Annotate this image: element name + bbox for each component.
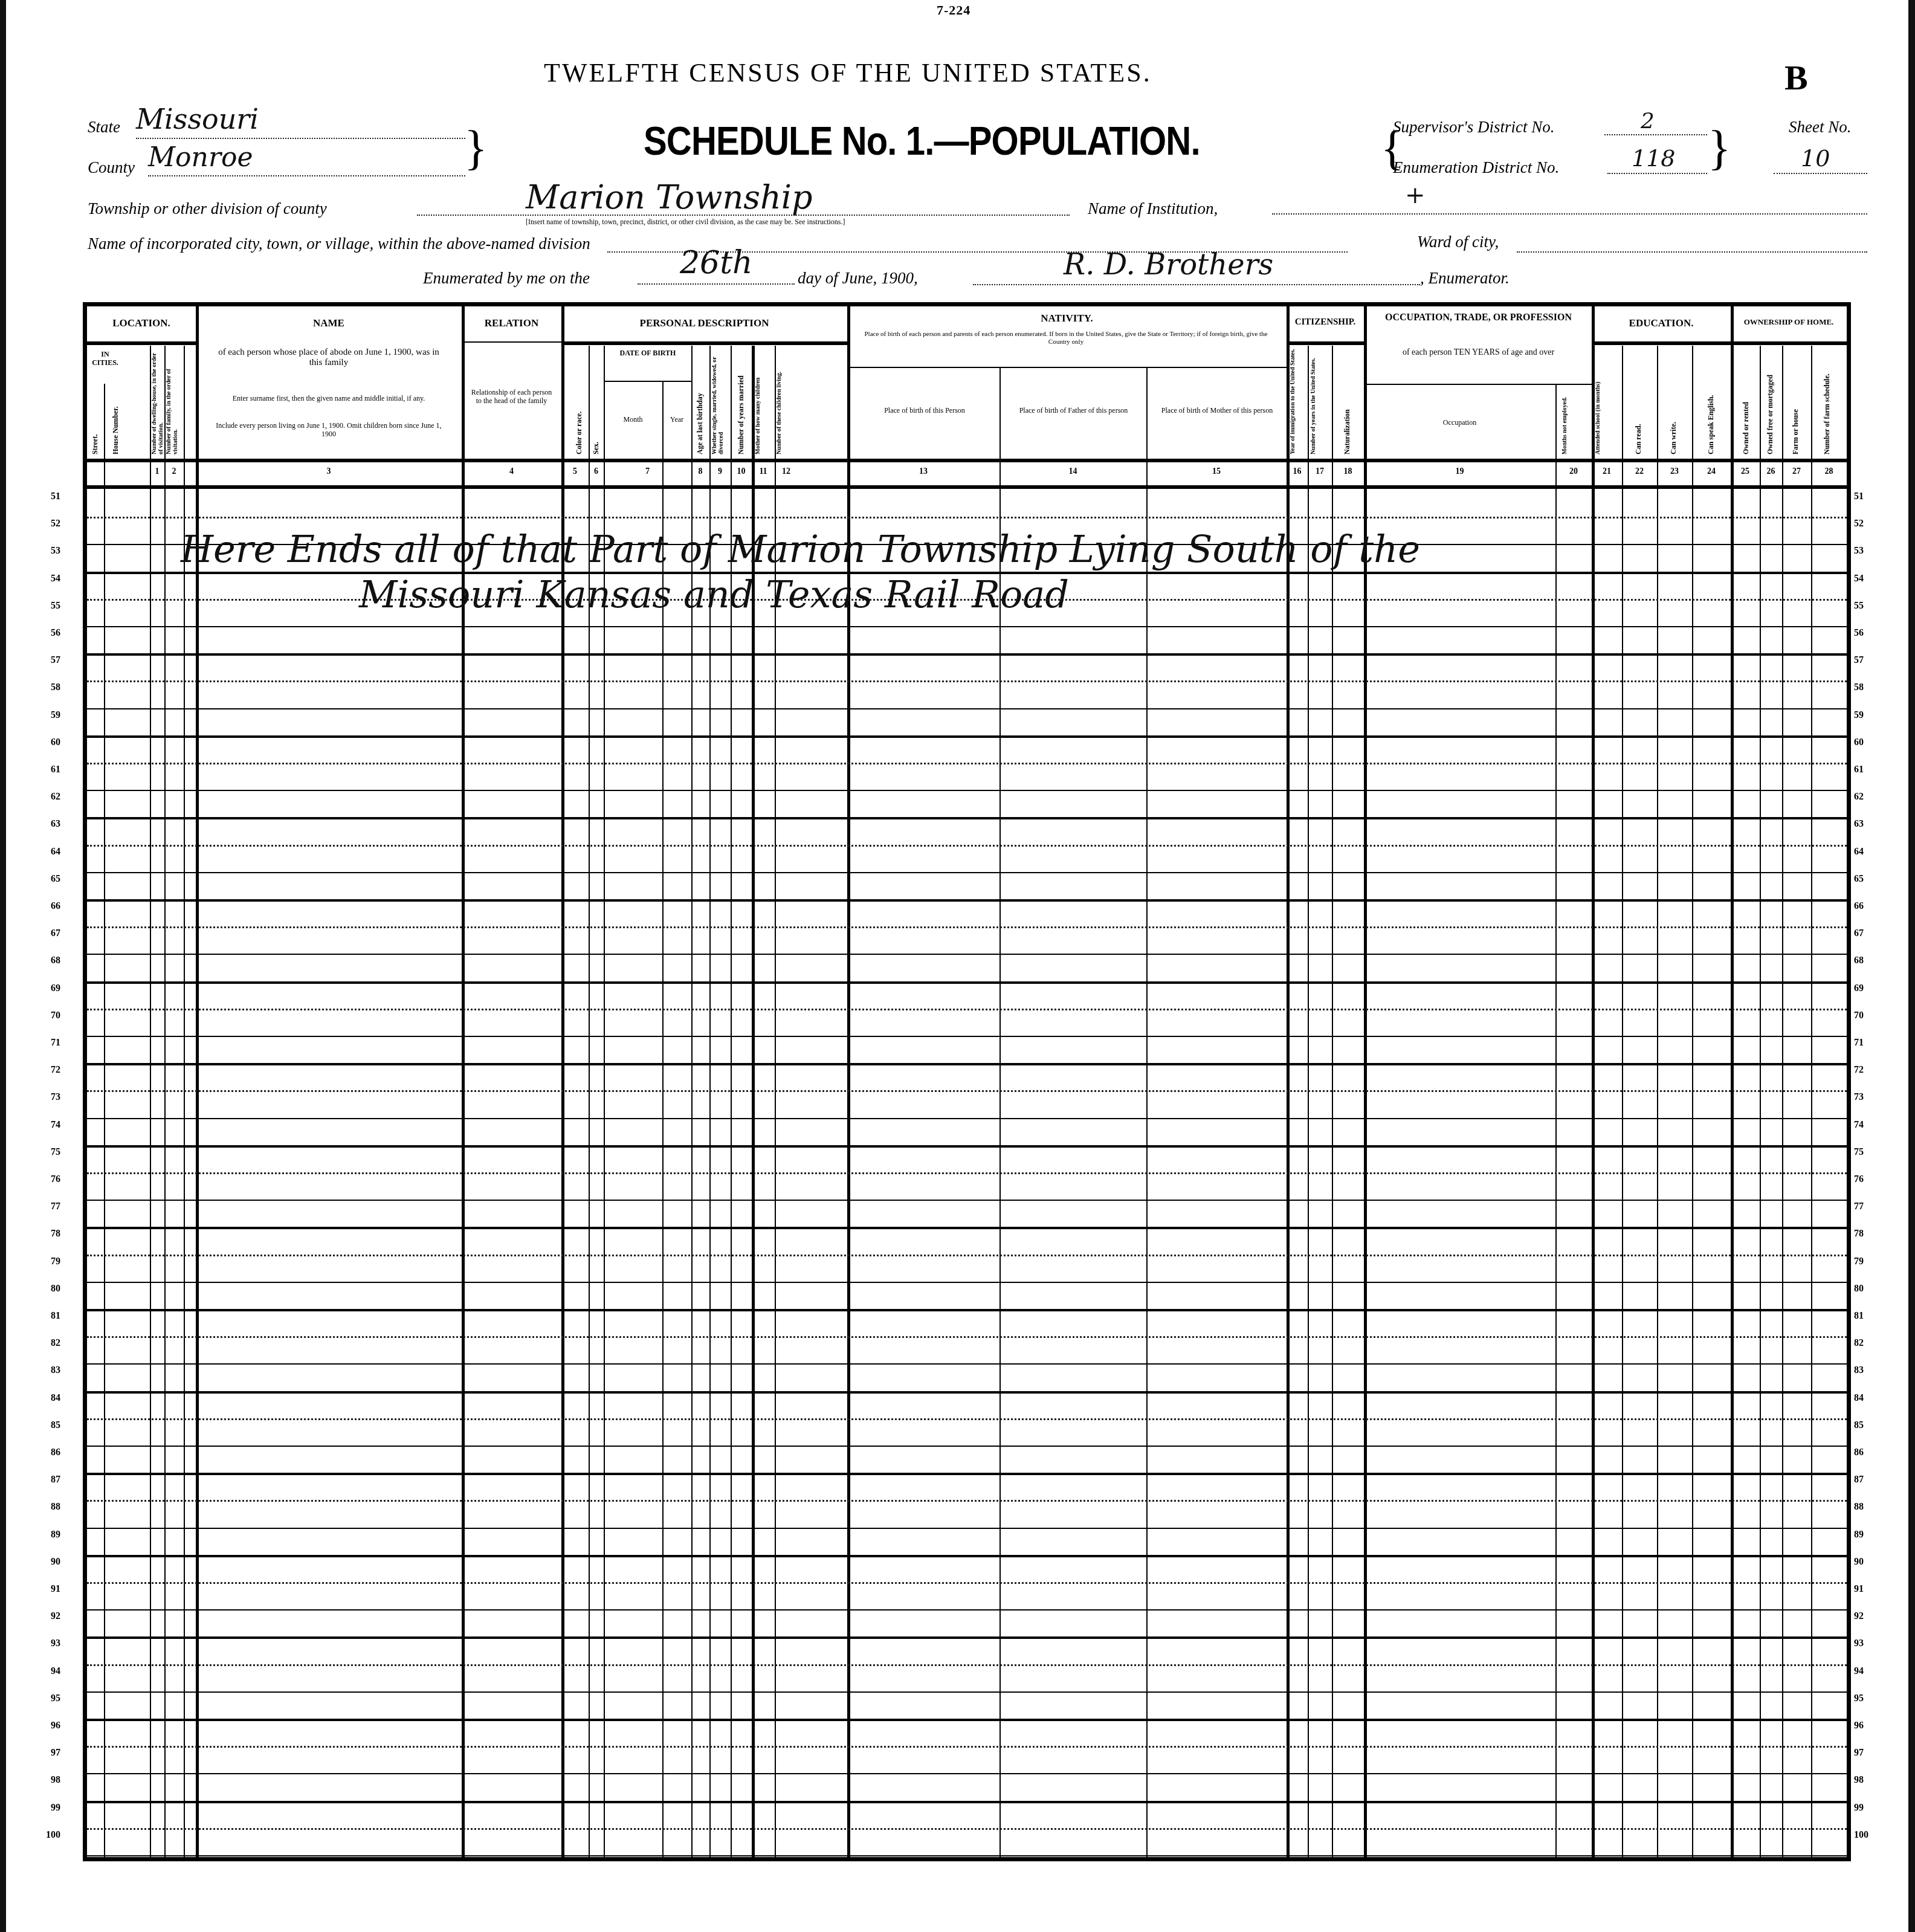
- col-divider: [1731, 306, 1734, 1857]
- row-number: 100: [36, 1830, 60, 1841]
- row-number: 100: [1854, 1830, 1878, 1841]
- hdr-free-mortgaged: Owned free or mortgaged: [1766, 346, 1775, 454]
- row-rule: [87, 1063, 1847, 1065]
- row-number: 76: [1854, 1174, 1878, 1185]
- ward-label: Ward of city,: [1417, 233, 1499, 251]
- row-number: 67: [36, 928, 60, 939]
- row-number: 91: [1854, 1584, 1878, 1595]
- row-number: 97: [1854, 1748, 1878, 1759]
- row-rule: [87, 1200, 1847, 1201]
- row-number: 52: [1854, 519, 1878, 529]
- colnum: 28: [1811, 467, 1847, 477]
- colnum: 25: [1731, 467, 1760, 477]
- row-number: 84: [36, 1393, 60, 1404]
- row-number: 68: [36, 955, 60, 966]
- row-rule: [87, 790, 1847, 791]
- in-cities-label: IN CITIES.: [87, 350, 123, 367]
- group-relation: RELATION: [462, 317, 561, 329]
- colnum: 18: [1332, 467, 1364, 477]
- row-rule: [87, 1090, 1847, 1092]
- row-number: 79: [36, 1256, 60, 1267]
- hdr-attended-school: Attended school (in months): [1595, 346, 1619, 454]
- township-field[interactable]: Marion Township: [417, 178, 1070, 216]
- row-number: 87: [36, 1475, 60, 1485]
- row-rule: [87, 1746, 1847, 1748]
- row-rule: [87, 1255, 1847, 1256]
- pob-person-label: Place of birth of this Person: [850, 406, 999, 415]
- census-title: TWELFTH CENSUS OF THE UNITED STATES.: [544, 57, 1152, 88]
- row-number: 86: [36, 1447, 60, 1458]
- row-number: 73: [1854, 1092, 1878, 1103]
- name-instruction-1: Enter surname first, then the given name…: [214, 394, 444, 402]
- form-number: 7-224: [937, 2, 970, 18]
- row-number: 65: [1854, 874, 1878, 885]
- hdr-marital: Whether single, married, widowed, or div…: [711, 349, 729, 454]
- row-rule: [87, 763, 1847, 764]
- row-number: 89: [36, 1530, 60, 1540]
- row-number: 51: [1854, 491, 1878, 502]
- pob-father-label: Place of birth of Father of this person: [1001, 406, 1146, 415]
- hdr-farm-schedule: Number of farm schedule.: [1823, 346, 1832, 454]
- nativity-description: Place of birth of each person and parent…: [854, 331, 1277, 346]
- row-number: 84: [1854, 1393, 1878, 1404]
- row-rule: [87, 1446, 1847, 1447]
- row-number: 81: [1854, 1311, 1878, 1322]
- occupation-label: Occupation: [1364, 418, 1555, 427]
- hdr-immigration: Year of immigration to the United States…: [1290, 346, 1306, 454]
- township-note: [Insert name of township, town, precinct…: [526, 218, 845, 227]
- group-name: NAME: [196, 317, 462, 329]
- row-rule: [87, 735, 1847, 738]
- row-number: 99: [1854, 1803, 1878, 1814]
- row-number: 77: [36, 1201, 60, 1212]
- row-number: 61: [1854, 764, 1878, 775]
- row-number: 64: [36, 847, 60, 858]
- hdr-street: Street.: [91, 391, 100, 454]
- institution-label: Name of Institution,: [1088, 199, 1218, 218]
- row-number: 62: [1854, 792, 1878, 803]
- row-number: 80: [36, 1284, 60, 1294]
- row-number: 71: [36, 1038, 60, 1048]
- colnum: 2: [164, 467, 184, 477]
- row-number: 85: [1854, 1420, 1878, 1431]
- township-label: Township or other division of county: [88, 199, 327, 218]
- handwritten-note-line-2: Missouri Kansas and Texas Rail Road: [359, 572, 1069, 616]
- row-number: 74: [1854, 1120, 1878, 1131]
- row-rule: [87, 1636, 1847, 1639]
- row-number: 51: [36, 491, 60, 502]
- row-number: 59: [1854, 710, 1878, 721]
- hdr-naturalization: Naturalization: [1343, 385, 1352, 454]
- colnum: 5: [561, 467, 589, 477]
- row-rule: [87, 1172, 1847, 1174]
- row-rule: [87, 1719, 1847, 1721]
- hdr-house-number: House Number.: [111, 385, 120, 454]
- row-number: 91: [36, 1584, 60, 1595]
- row-number: 70: [1854, 1010, 1878, 1021]
- group-location: LOCATION.: [87, 317, 196, 329]
- row-number: 92: [36, 1611, 60, 1622]
- county-label: County: [88, 158, 135, 177]
- row-number: 87: [1854, 1475, 1878, 1485]
- county-field[interactable]: Monroe: [148, 142, 465, 176]
- row-number: 56: [36, 628, 60, 639]
- colnum: 10: [731, 467, 752, 477]
- row-rule: [87, 1036, 1847, 1037]
- group-citizenship: CITIZENSHIP.: [1287, 317, 1364, 328]
- row-number: 57: [36, 655, 60, 666]
- row-rule: [87, 817, 1847, 819]
- row-rule: [87, 1555, 1847, 1557]
- row-number: 78: [36, 1229, 60, 1239]
- row-number: 74: [36, 1120, 60, 1131]
- ed-label: Enumeration District No.: [1393, 158, 1559, 177]
- row-number: 53: [1854, 546, 1878, 557]
- colnum: 7: [604, 467, 691, 477]
- row-rule: [87, 1528, 1847, 1529]
- sheet-label: Sheet No.: [1789, 118, 1851, 137]
- scan-left-edge: [0, 0, 6, 1932]
- colnum: 17: [1308, 467, 1332, 477]
- row-number: 73: [36, 1092, 60, 1103]
- schedule-title: SCHEDULE No. 1.—POPULATION.: [644, 118, 1200, 164]
- row-rule: [87, 1391, 1847, 1394]
- colnum: 16: [1287, 467, 1308, 477]
- row-rule: [87, 1609, 1847, 1611]
- hdr-age: Age at last birthday: [696, 349, 705, 454]
- row-number: 62: [36, 792, 60, 803]
- row-rule: [87, 1801, 1847, 1803]
- row-number: 95: [36, 1693, 60, 1704]
- population-table: LOCATION. IN CITIES. NAME of each person…: [83, 302, 1851, 1861]
- row-number: 92: [1854, 1611, 1878, 1622]
- hdr-family: Number of family, in the order of visita…: [166, 349, 182, 454]
- colnum: 27: [1782, 467, 1811, 477]
- colnum: 24: [1692, 467, 1731, 477]
- scan-right-edge: [1908, 0, 1915, 1932]
- state-county-brace: }: [464, 124, 487, 172]
- enumerator-name-field[interactable]: R. D. Brothers: [973, 248, 1420, 285]
- row-number: 98: [1854, 1775, 1878, 1786]
- row-number: 97: [36, 1748, 60, 1759]
- row-number: 82: [36, 1338, 60, 1349]
- handwritten-note-line-1: Here Ends all of that Part of Marion Tow…: [181, 527, 1420, 571]
- row-number: 94: [36, 1666, 60, 1677]
- row-rule: [87, 517, 1847, 519]
- row-number: 54: [36, 573, 60, 584]
- row-number: 55: [36, 601, 60, 612]
- colnum: 23: [1657, 467, 1692, 477]
- group-nativity: NATIVITY.: [847, 312, 1287, 325]
- row-number: 66: [1854, 901, 1878, 912]
- row-number: 56: [1854, 628, 1878, 639]
- enumerator-label: , Enumerator.: [1420, 269, 1510, 288]
- district-close-brace: }: [1708, 124, 1731, 172]
- colnum: 12: [775, 467, 798, 477]
- hdr-can-speak-english: Can speak English.: [1707, 367, 1716, 454]
- row-number: 69: [36, 983, 60, 994]
- hdr-children-living: Number of these children living.: [776, 349, 794, 454]
- row-rule: [87, 626, 1847, 627]
- row-rule: [87, 1582, 1847, 1584]
- row-number: 60: [1854, 737, 1878, 748]
- row-number: 96: [1854, 1720, 1878, 1731]
- row-rule: [87, 1336, 1847, 1338]
- colnum: 21: [1592, 467, 1622, 477]
- colnum: 22: [1622, 467, 1657, 477]
- row-rule: [87, 1828, 1847, 1830]
- row-rule: [87, 981, 1847, 984]
- row-rule: [87, 1363, 1847, 1365]
- row-rule: [87, 1227, 1847, 1229]
- row-number: 85: [36, 1420, 60, 1431]
- row-number: 99: [36, 1803, 60, 1814]
- row-number: 93: [36, 1638, 60, 1649]
- colnum: 9: [709, 467, 731, 477]
- row-rule: [87, 872, 1847, 873]
- row-number: 58: [1854, 682, 1878, 693]
- sheet-field[interactable]: 10: [1774, 145, 1867, 174]
- row-number: 63: [36, 819, 60, 830]
- row-number: 93: [1854, 1638, 1878, 1649]
- hdr-color: Color or race.: [575, 385, 584, 454]
- row-number: 80: [1854, 1284, 1878, 1294]
- colnum: 19: [1364, 467, 1555, 477]
- row-number: 58: [36, 682, 60, 693]
- row-number: 96: [36, 1720, 60, 1731]
- colnum: 1: [150, 467, 164, 477]
- colnum: 26: [1760, 467, 1782, 477]
- row-number: 82: [1854, 1338, 1878, 1349]
- supervisor-label: Supervisor's District No.: [1393, 118, 1555, 137]
- row-number: 76: [36, 1174, 60, 1185]
- row-number: 88: [1854, 1502, 1878, 1513]
- row-number: 54: [1854, 573, 1878, 584]
- pob-mother-label: Place of birth of Mother of this person: [1148, 406, 1287, 415]
- row-number: 90: [36, 1557, 60, 1568]
- row-number: 64: [1854, 847, 1878, 858]
- ward-field[interactable]: [1517, 241, 1867, 253]
- hdr-years-in-us: Number of years in the United States.: [1310, 346, 1329, 454]
- row-number: 72: [1854, 1065, 1878, 1076]
- row-number: 86: [1854, 1447, 1878, 1458]
- row-rule: [87, 899, 1847, 902]
- row-number: 57: [1854, 655, 1878, 666]
- relation-description: Relationship of each person to the head …: [468, 388, 555, 405]
- row-number: 55: [1854, 601, 1878, 612]
- row-number: 59: [36, 710, 60, 721]
- row-rule: [87, 1145, 1847, 1148]
- hdr-years-married: Number of years married: [737, 349, 746, 454]
- enumerated-prefix: Enumerated by me on the: [423, 269, 590, 288]
- enumerated-day-field[interactable]: 26th: [638, 245, 795, 285]
- row-number: 52: [36, 519, 60, 529]
- hdr-can-write: Can write.: [1669, 409, 1678, 454]
- row-number: 98: [36, 1775, 60, 1786]
- name-instruction-2: Include every person living on June 1, 1…: [214, 421, 444, 438]
- row-number: 61: [36, 764, 60, 775]
- enumerated-suffix: day of June, 1900,: [798, 269, 918, 288]
- row-number: 95: [1854, 1693, 1878, 1704]
- hdr-farm-house: Farm or house: [1791, 379, 1800, 454]
- row-number: 63: [1854, 819, 1878, 830]
- ed-field[interactable]: 118: [1607, 145, 1707, 174]
- group-personal-description: PERSONAL DESCRIPTION: [561, 317, 847, 329]
- supervisor-field[interactable]: 2: [1604, 109, 1707, 135]
- row-number: 60: [36, 737, 60, 748]
- colnum: 8: [691, 467, 709, 477]
- col-divider: [1592, 306, 1595, 1857]
- row-number: 75: [1854, 1147, 1878, 1158]
- row-number: 94: [1854, 1666, 1878, 1677]
- hdr-sex: Sex.: [592, 427, 601, 454]
- colnum: 15: [1146, 467, 1287, 477]
- colnum: 6: [589, 467, 604, 477]
- colnum: 4: [462, 467, 561, 477]
- row-number: 77: [1854, 1201, 1878, 1212]
- row-rule: [87, 1418, 1847, 1420]
- schedule-letter: B: [1784, 57, 1808, 98]
- state-field[interactable]: Missouri: [136, 103, 465, 139]
- row-number: 75: [36, 1147, 60, 1158]
- colnum: 11: [752, 467, 775, 477]
- row-rule: [87, 1282, 1847, 1283]
- row-number: 68: [1854, 955, 1878, 966]
- colnum: 13: [847, 467, 999, 477]
- row-rule: [87, 680, 1847, 682]
- hdr-months-not-employed: Months not employed.: [1561, 385, 1586, 454]
- colnum: 3: [196, 467, 462, 477]
- row-rule: [87, 1691, 1847, 1693]
- row-number: 71: [1854, 1038, 1878, 1048]
- name-description: of each person whose place of abode on J…: [214, 347, 444, 368]
- row-rule: [87, 1500, 1847, 1502]
- group-ownership: OWNERSHIP OF HOME.: [1731, 317, 1847, 327]
- row-number: 83: [36, 1365, 60, 1376]
- row-rule: [87, 1118, 1847, 1119]
- row-rule: [87, 926, 1847, 928]
- hdr-mother-of: Mother of how many children: [755, 349, 773, 454]
- row-number: 89: [1854, 1530, 1878, 1540]
- row-rule: [87, 1773, 1847, 1774]
- row-rule: [87, 1009, 1847, 1010]
- row-rule: [87, 845, 1847, 847]
- row-number: 53: [36, 546, 60, 557]
- colnum: 20: [1555, 467, 1592, 477]
- colnum: 14: [999, 467, 1146, 477]
- date-of-birth-label: DATE OF BIRTH: [606, 349, 690, 357]
- row-number: 72: [36, 1065, 60, 1076]
- hdr-can-read: Can read.: [1634, 409, 1643, 454]
- row-number: 67: [1854, 928, 1878, 939]
- row-rule: [87, 653, 1847, 656]
- row-number: 88: [36, 1502, 60, 1513]
- state-label: State: [88, 118, 120, 137]
- group-occupation: OCCUPATION, TRADE, OR PROFESSION: [1368, 312, 1589, 323]
- row-rule: [87, 1664, 1847, 1666]
- row-number: 65: [36, 874, 60, 885]
- row-number: 69: [1854, 983, 1878, 994]
- row-rule: [87, 1309, 1847, 1311]
- institution-field[interactable]: +: [1272, 181, 1867, 215]
- row-number: 83: [1854, 1365, 1878, 1376]
- occupation-description: of each person TEN YEARS of age and over: [1368, 349, 1589, 357]
- row-rule: [87, 1855, 1847, 1856]
- hdr-dwelling: Number of dwelling-house, in the order o…: [151, 349, 163, 454]
- row-number: 70: [36, 1010, 60, 1021]
- year-label: Year: [662, 415, 691, 424]
- hdr-owned-rented: Owned or rented: [1742, 379, 1751, 454]
- month-label: Month: [604, 415, 662, 424]
- group-education: EDUCATION.: [1592, 317, 1731, 329]
- row-rule: [87, 954, 1847, 955]
- row-number: 79: [1854, 1256, 1878, 1267]
- row-number: 81: [36, 1311, 60, 1322]
- row-rule: [87, 1473, 1847, 1475]
- row-rule: [87, 708, 1847, 709]
- row-number: 78: [1854, 1229, 1878, 1239]
- row-number: 90: [1854, 1557, 1878, 1568]
- city-label: Name of incorporated city, town, or vill…: [88, 234, 590, 253]
- row-number: 66: [36, 901, 60, 912]
